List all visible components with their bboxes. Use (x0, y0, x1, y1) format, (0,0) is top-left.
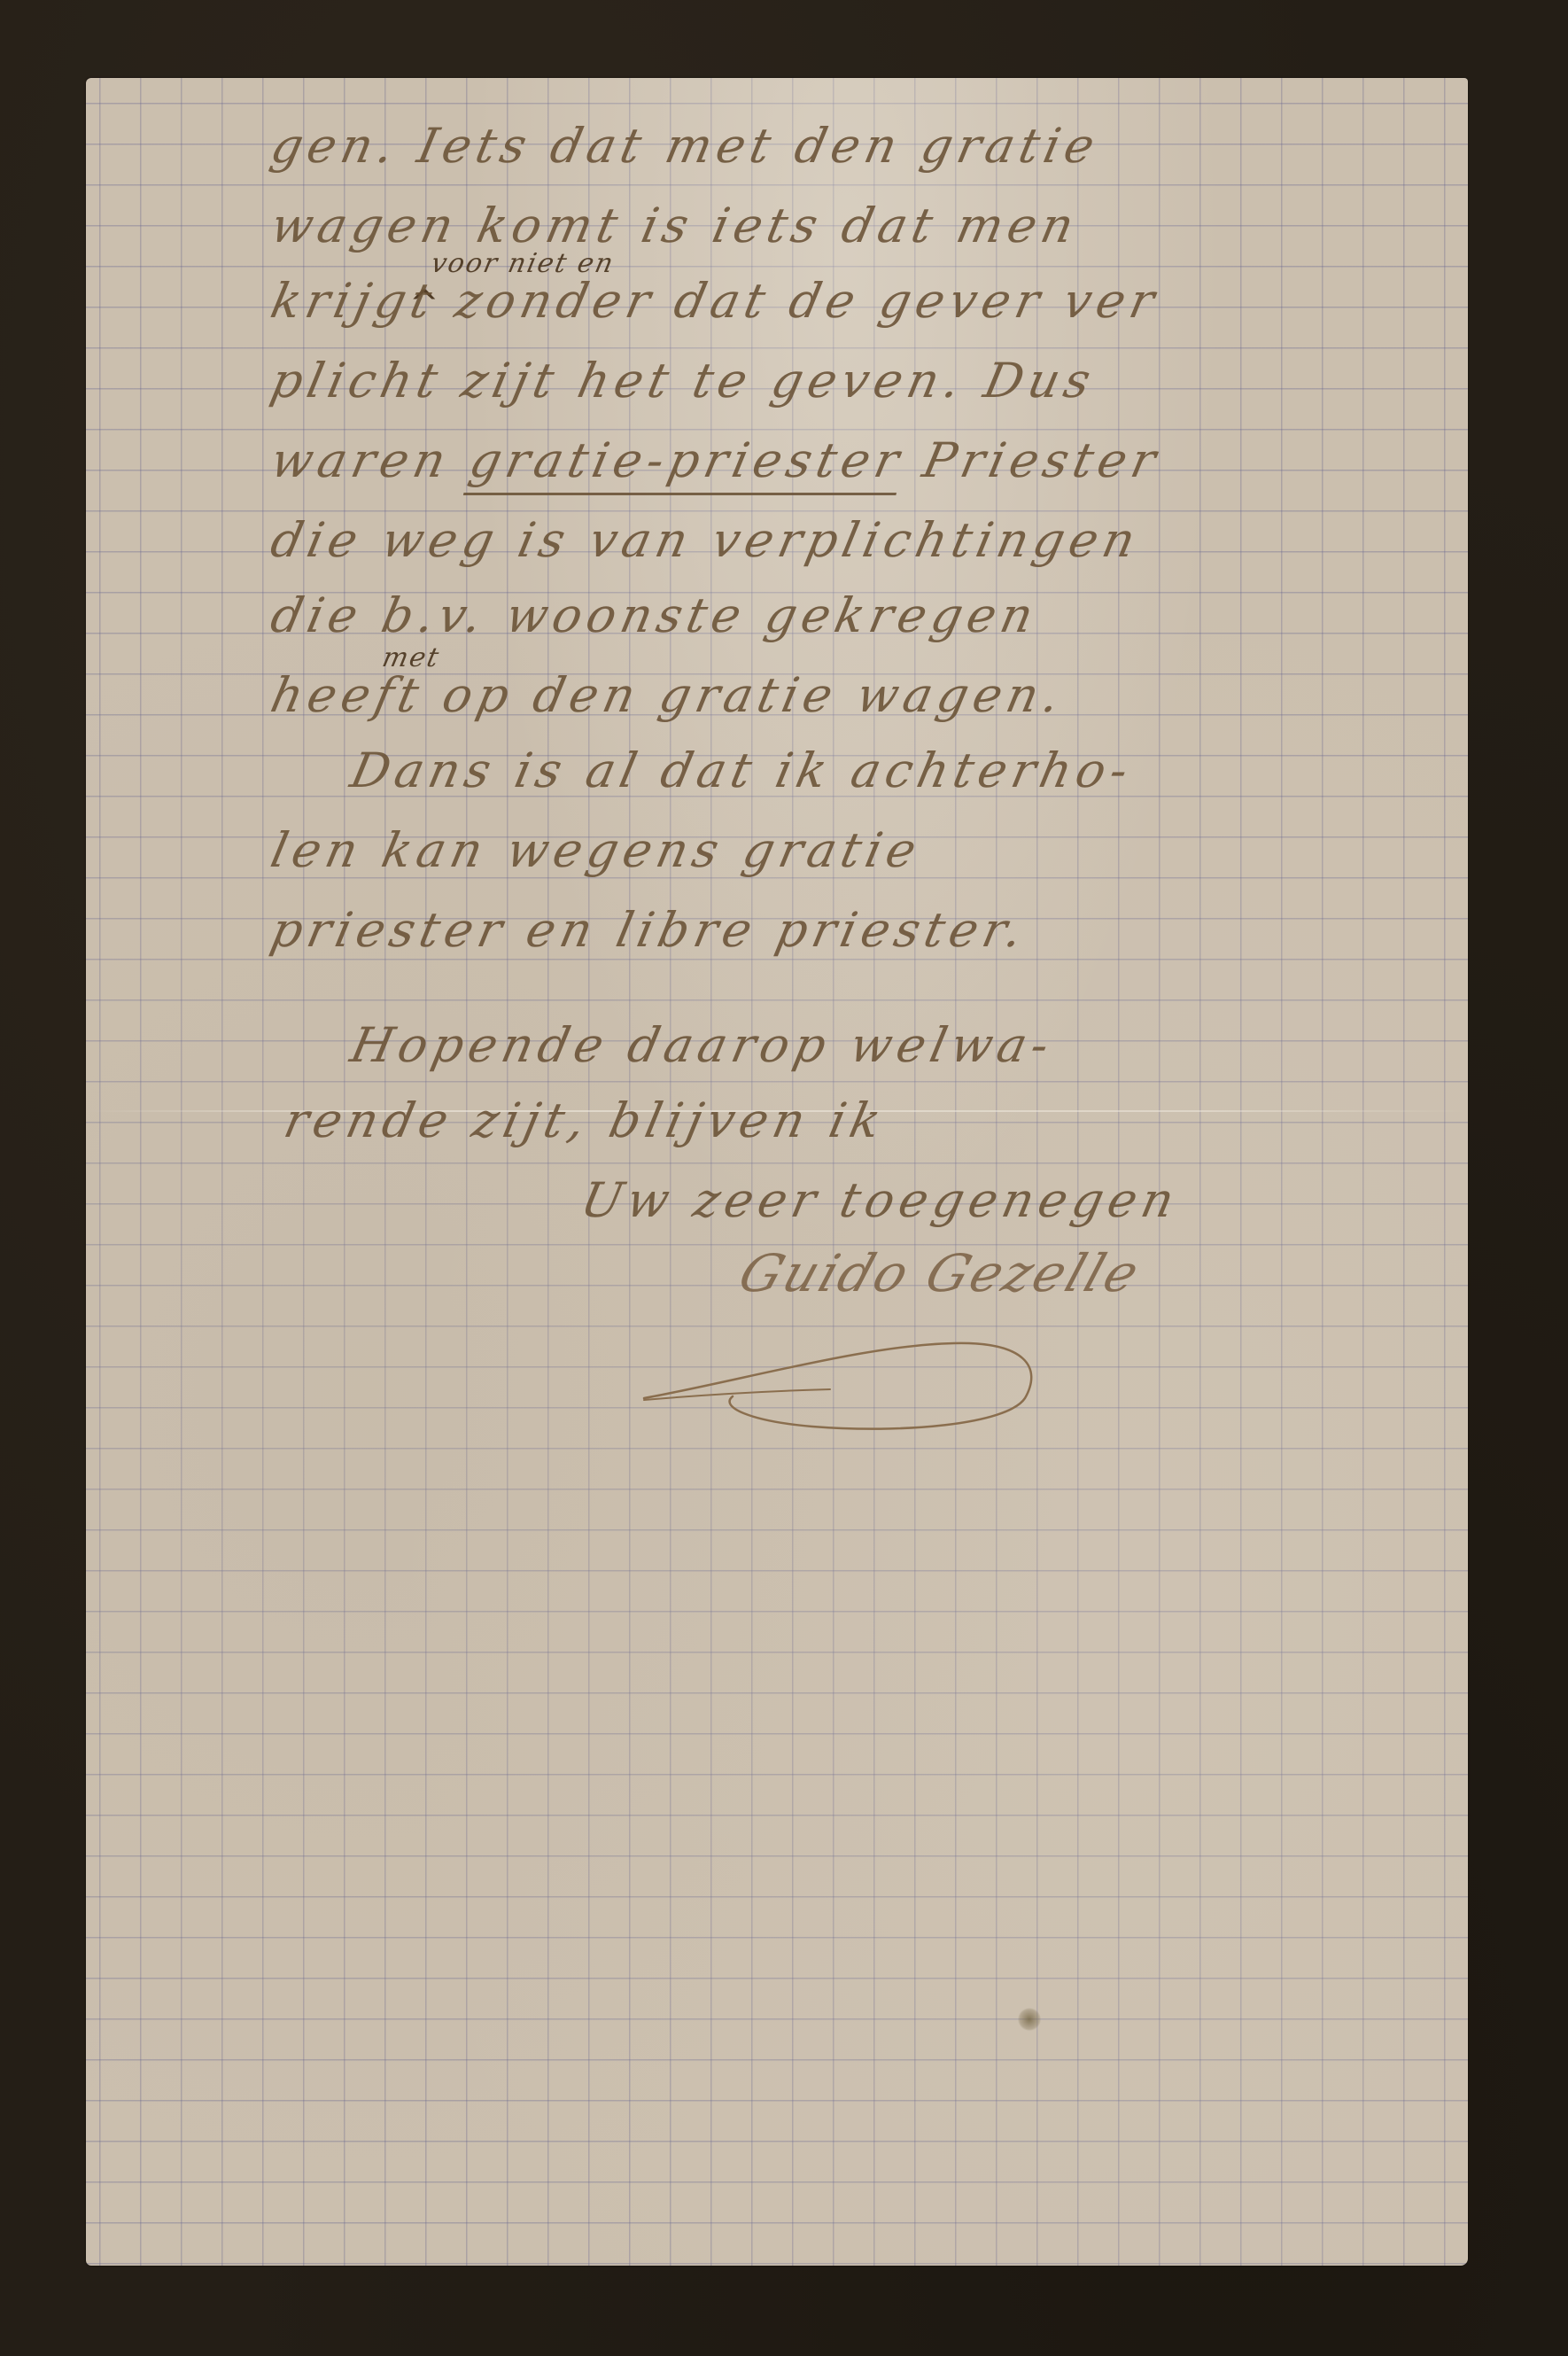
text-line-3: krijgt zonder dat de gever ver (267, 277, 1163, 325)
text-line-4: plicht zijt het te geven. Dus (267, 357, 1099, 405)
text-line-7: die b.v. woonste gekregen (267, 592, 1042, 640)
text-line-11: priester en libre priester. (267, 906, 1031, 954)
text-line-10: len kan wegens gratie (267, 827, 925, 875)
text-line-12: Hopende daarop welwa- (346, 1022, 1058, 1069)
text-line-5-suffix: Priester (918, 432, 1166, 488)
signature-flourish (635, 1318, 1096, 1442)
text-line-6: die weg is van verplichtingen (267, 517, 1145, 564)
text-line-13: rende zijt, blijven ik (280, 1097, 889, 1145)
text-line-1: gen. Iets dat met den gratie (267, 122, 1104, 170)
closing-line: Uw zeer toegenegen (577, 1177, 1183, 1225)
text-line-9: Dans is al dat ik achterho- (346, 747, 1137, 795)
text-line-8: heeft op den gratie wagen. (267, 672, 1068, 719)
signature: Guido Gezelle (732, 1243, 1149, 1303)
letter-page: gen. Iets dat met den gratie wagen komt … (86, 78, 1468, 2266)
text-line-2: wagen komt is iets dat men (267, 202, 1083, 250)
text-line-5-prefix: waren (266, 432, 455, 488)
ink-stain (1018, 2008, 1041, 2031)
text-line-5: waren gratie-priester Priester (267, 437, 1165, 485)
underlined-term: gratie-priester (465, 432, 910, 488)
